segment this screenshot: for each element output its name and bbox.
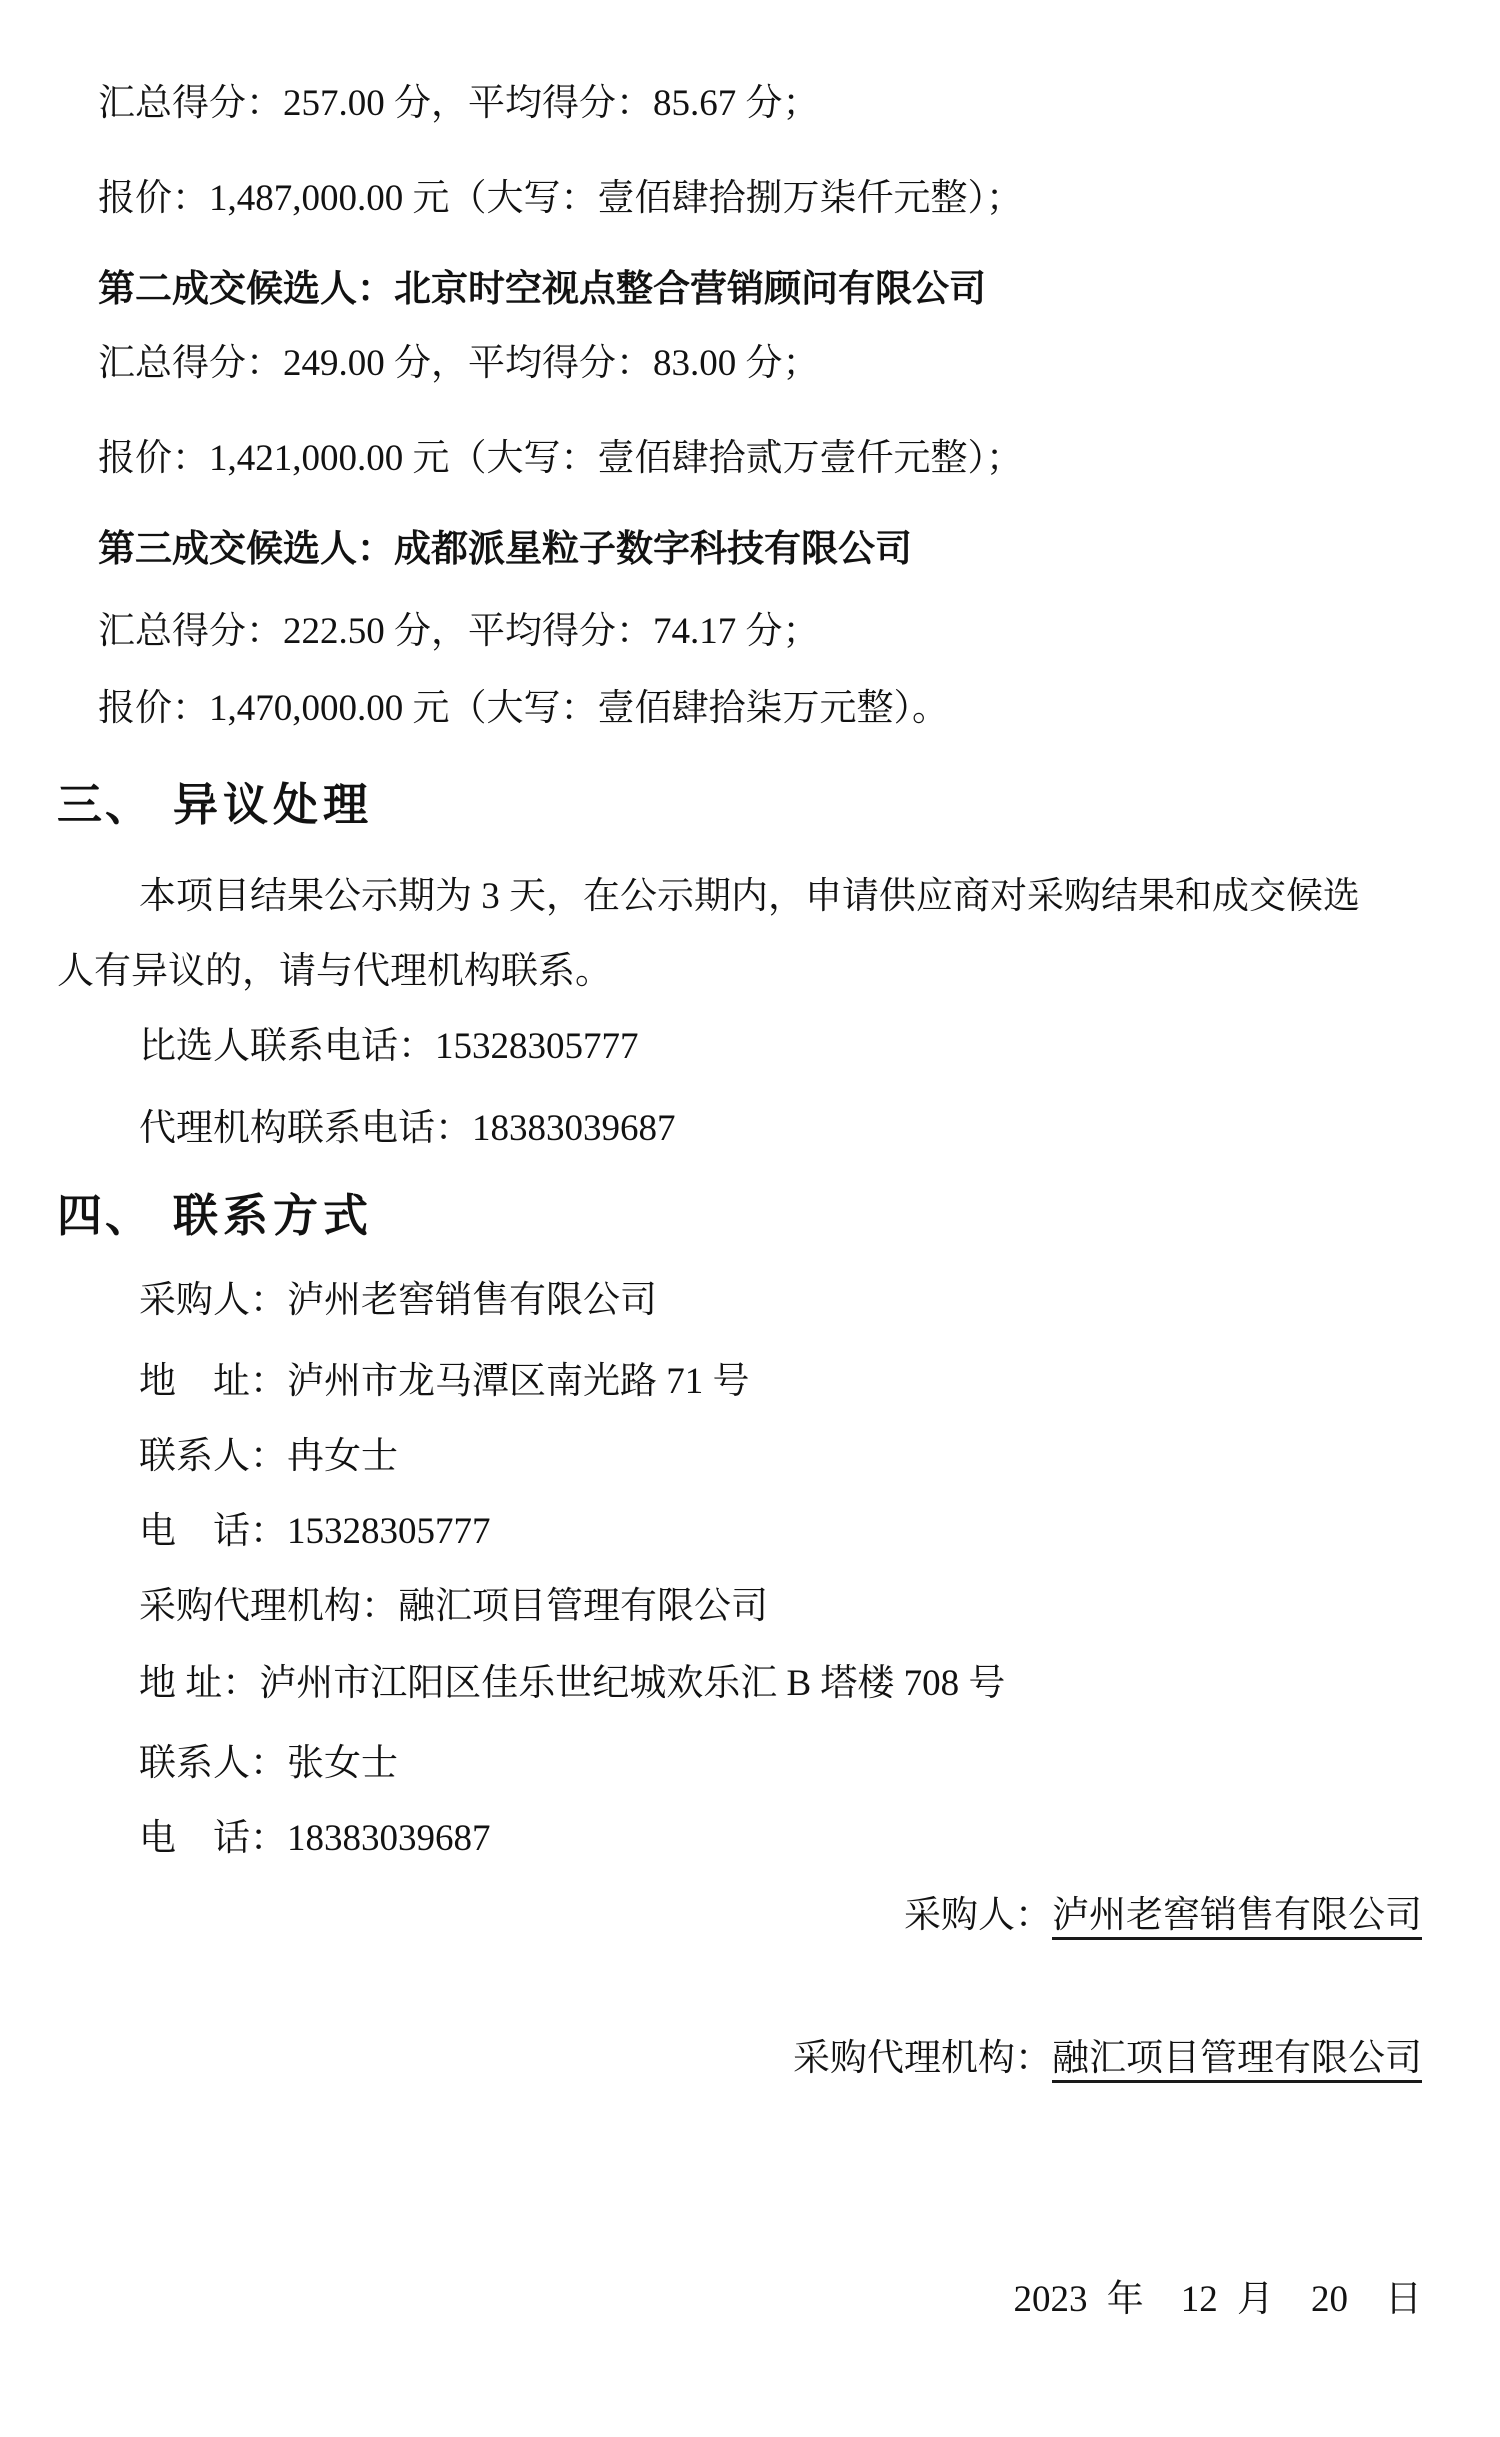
agency-complaint-phone-line: 代理机构联系电话：18383039687 (57, 1091, 1422, 1166)
signature-purchaser: 采购人：泸州老窖销售有限公司 (57, 1878, 1422, 1953)
candidate1-price-line: 报价：1,487,000.00 元（大写：壹佰肆拾捌万柒仟元整）； (57, 161, 1422, 236)
purchaser-contact-line: 联系人：冉女士 (57, 1419, 1422, 1494)
agency-phone-line: 电 话：18383039687 (57, 1801, 1422, 1876)
signature-agency-name: 融汇项目管理有限公司 (1052, 2038, 1422, 2083)
candidate2-price-line: 报价：1,421,000.00 元（大写：壹佰肆拾贰万壹仟元整）； (57, 421, 1422, 496)
document-page: 汇总得分：257.00 分，平均得分：85.67 分； 报价：1,487,000… (0, 0, 1500, 2437)
agency-contact-line: 联系人：张女士 (57, 1726, 1422, 1801)
signature-agency: 采购代理机构：融汇项目管理有限公司 (57, 2021, 1422, 2096)
candidate3-score-line: 汇总得分：222.50 分，平均得分：74.17 分； (57, 594, 1422, 669)
candidate2-title: 第二成交候选人：北京时空视点整合营销顾问有限公司 (57, 251, 1422, 326)
section-title-contact: 联系方式 (173, 1190, 373, 1241)
section-title-objection: 异议处理 (173, 779, 373, 830)
section-number-3: 三、 (57, 779, 153, 830)
comparer-phone-line: 比选人联系电话：15328305777 (57, 1009, 1422, 1084)
purchaser-address-line: 地 址：泸州市龙马潭区南光路 71 号 (57, 1344, 1422, 1419)
candidate2-score-line: 汇总得分：249.00 分，平均得分：83.00 分； (57, 326, 1422, 401)
objection-paragraph: 本项目结果公示期为 3 天，在公示期内，申请供应商对采购结果和成交候选 人有异议… (57, 859, 1422, 1009)
objection-paragraph-line1: 本项目结果公示期为 3 天，在公示期内，申请供应商对采购结果和成交候选 (139, 876, 1360, 917)
purchaser-line: 采购人：泸州老窖销售有限公司 (57, 1263, 1422, 1338)
signature-purchaser-label: 采购人： (904, 1895, 1052, 1936)
purchaser-phone-line: 电 话：15328305777 (57, 1494, 1422, 1569)
section-heading-objection: 三、异议处理 (57, 767, 1422, 842)
section-number-4: 四、 (57, 1190, 153, 1241)
section-heading-contact: 四、联系方式 (57, 1178, 1422, 1253)
signature-agency-label: 采购代理机构： (793, 2038, 1052, 2079)
candidate3-price-line: 报价：1,470,000.00 元（大写：壹佰肆拾柒万元整）。 (57, 671, 1422, 746)
signature-purchaser-name: 泸州老窖销售有限公司 (1052, 1895, 1422, 1940)
candidate3-title: 第三成交候选人：成都派星粒子数字科技有限公司 (57, 511, 1422, 586)
candidate1-score-line: 汇总得分：257.00 分，平均得分：85.67 分； (57, 66, 1422, 141)
agency-line: 采购代理机构：融汇项目管理有限公司 (57, 1569, 1422, 1644)
objection-paragraph-line2: 人有异议的，请与代理机构联系。 (57, 951, 612, 992)
document-date: 2023 年 12 月 20 日 (57, 2262, 1422, 2337)
agency-address-line: 地 址：泸州市江阳区佳乐世纪城欢乐汇 B 塔楼 708 号 (57, 1646, 1422, 1721)
